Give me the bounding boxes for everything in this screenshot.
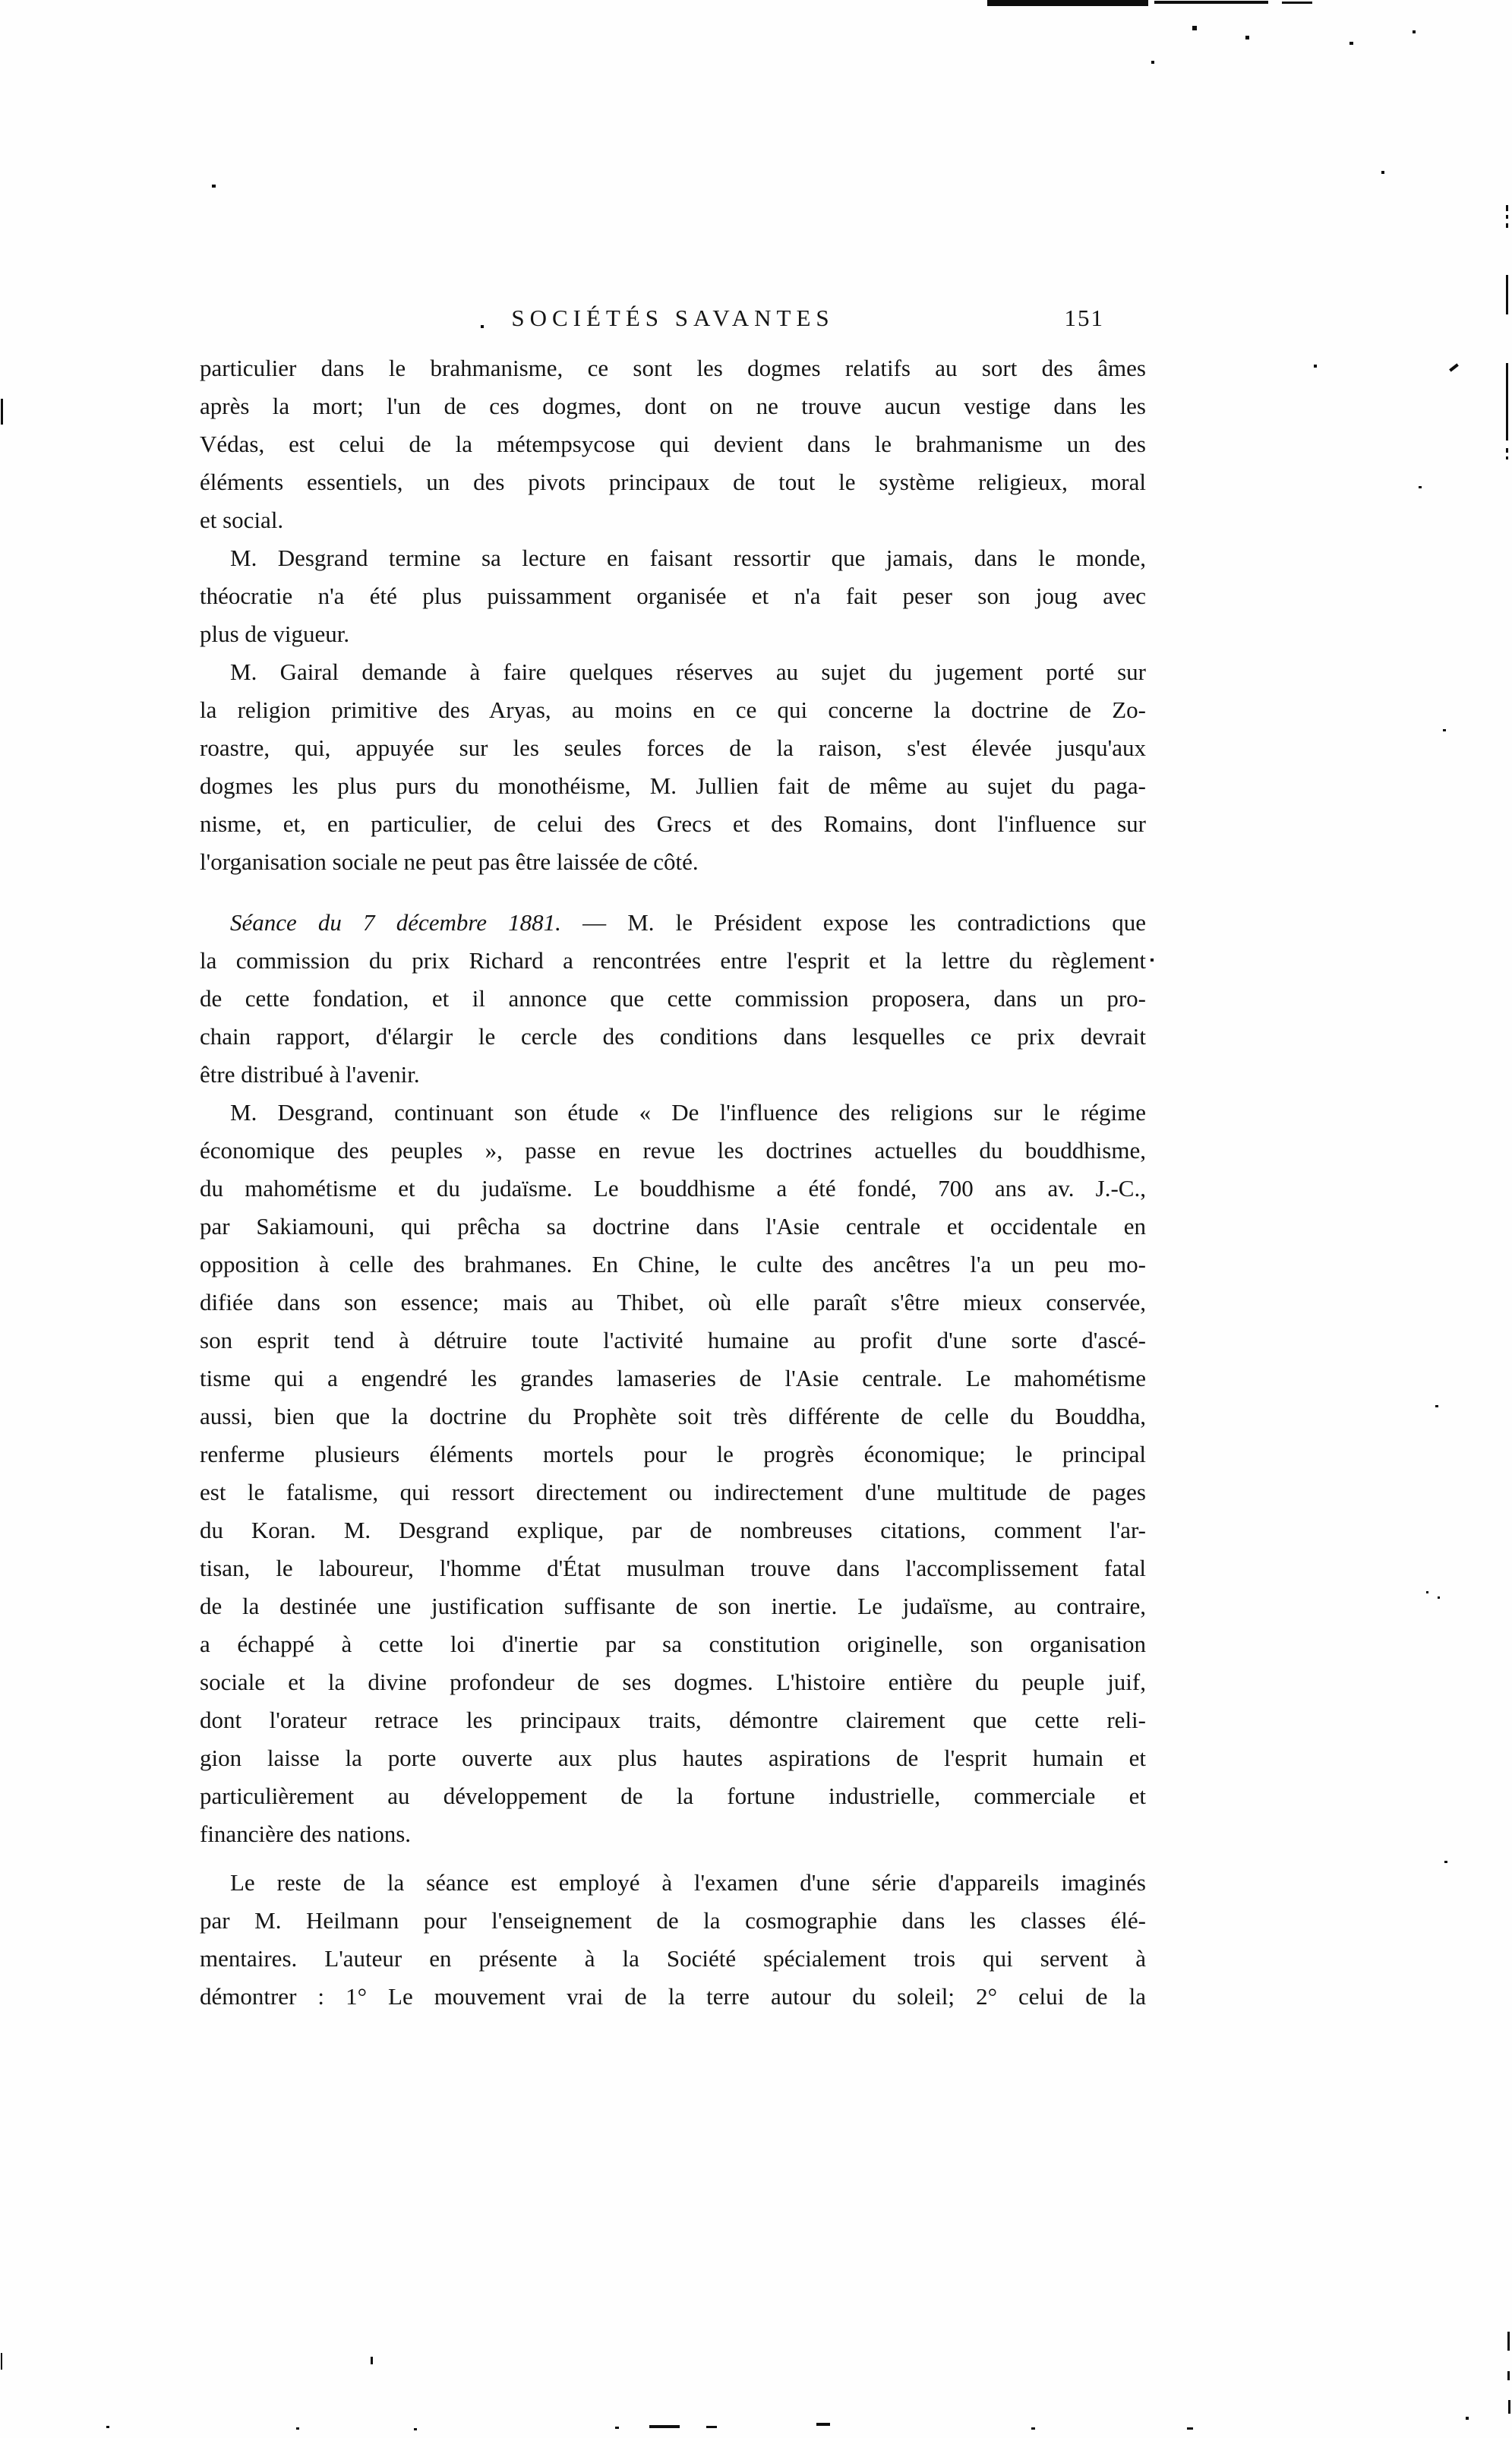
- text-line: opposition à celle des brahmanes. En Chi…: [200, 1246, 1146, 1284]
- text-line: M. Gairal demande à faire quelques réser…: [200, 653, 1146, 691]
- text-line: chain rapport, d'élargir le cercle des c…: [200, 1018, 1146, 1056]
- seance-date-italic: Séance du 7 décembre 1881.: [230, 909, 561, 936]
- text-line: nisme, et, en particulier, de celui des …: [200, 805, 1146, 843]
- text-line: l'organisation sociale ne peut pas être …: [200, 843, 1146, 881]
- text-line: difiée dans son essence; mais au Thibet,…: [200, 1284, 1146, 1322]
- text-line: tisan, le laboureur, l'homme d'État musu…: [200, 1549, 1146, 1587]
- text-line: financière des nations.: [200, 1815, 1146, 1853]
- scan-artifact: [1449, 363, 1459, 371]
- scan-artifact: [1506, 456, 1508, 459]
- text-line: économique des peuples », passe en revue…: [200, 1132, 1146, 1170]
- scan-artifact: [987, 0, 1148, 6]
- paragraph: particulier dans le brahmanisme, ce sont…: [200, 349, 1146, 539]
- scan-artifact: [1435, 1405, 1438, 1407]
- paragraph: M. Desgrand termine sa lecture en faisan…: [200, 539, 1146, 653]
- scan-artifact: [1151, 958, 1154, 962]
- scan-artifact: [1031, 2427, 1035, 2430]
- text-line: dogmes les plus purs du monothéisme, M. …: [200, 767, 1146, 805]
- text-line: théocratie n'a été plus puissamment orga…: [200, 577, 1146, 615]
- text-line: Védas, est celui de la métempsycose qui …: [200, 425, 1146, 463]
- text-line: dont l'orateur retrace les principaux tr…: [200, 1701, 1146, 1739]
- text-line: particulièrement au développement de la …: [200, 1777, 1146, 1815]
- paragraph: Séance du 7 décembre 1881. — M. le Prési…: [200, 904, 1146, 1094]
- scan-artifact: [1151, 61, 1154, 64]
- text-line: mentaires. L'auteur en présente à la Soc…: [200, 1940, 1146, 1978]
- scan-artifact: [1507, 2332, 1510, 2351]
- scan-artifact: [1349, 42, 1353, 45]
- scan-artifact: [1314, 365, 1317, 368]
- scan-artifact: [296, 2427, 299, 2430]
- scan-artifact: [1444, 1861, 1447, 1863]
- scanned-document-page: SOCIÉTÉS SAVANTES 151 particulier dans l…: [0, 0, 1512, 2438]
- text-line: la religion primitive des Aryas, au moin…: [200, 691, 1146, 729]
- scan-artifact: [1426, 1591, 1428, 1593]
- text-line: M. Desgrand termine sa lecture en faisan…: [200, 539, 1146, 577]
- scan-artifact: [1506, 205, 1508, 211]
- scan-artifact: [1506, 215, 1508, 219]
- text-line: aussi, bien que la doctrine du Prophète …: [200, 1397, 1146, 1435]
- text-line: renferme plusieurs éléments mortels pour…: [200, 1435, 1146, 1473]
- text-line: M. Desgrand, continuant son étude « De l…: [200, 1094, 1146, 1132]
- running-title: SOCIÉTÉS SAVANTES: [200, 305, 1146, 332]
- text-line: par Sakiamouni, qui prêcha sa doctrine d…: [200, 1208, 1146, 1246]
- scan-artifact: [1466, 2417, 1469, 2420]
- text-line: du mahométisme et du judaïsme. Le bouddh…: [200, 1170, 1146, 1208]
- scan-artifact: [1419, 486, 1422, 488]
- text-line: du Koran. M. Desgrand explique, par de n…: [200, 1511, 1146, 1549]
- scan-artifact: [1443, 729, 1446, 731]
- text-line: a échappé à cette loi d'inertie par sa c…: [200, 1625, 1146, 1663]
- text-line: Séance du 7 décembre 1881. — M. le Prési…: [200, 904, 1146, 942]
- scan-artifact: [706, 2426, 717, 2428]
- text-line: la commission du prix Richard a rencontr…: [200, 942, 1146, 980]
- scan-artifact: [371, 2357, 373, 2364]
- scan-artifact: [1506, 363, 1508, 441]
- paragraph: Le reste de la séance est employé à l'ex…: [200, 1864, 1146, 2016]
- scan-artifact: [1154, 1, 1268, 4]
- scan-artifact: [1506, 275, 1508, 314]
- text-line: sociale et la divine profondeur de ses d…: [200, 1663, 1146, 1701]
- scan-artifact: [1413, 30, 1416, 33]
- scan-artifact: [481, 325, 484, 328]
- scan-artifact: [615, 2427, 619, 2429]
- scan-artifact: [1192, 26, 1197, 30]
- scan-artifact: [1187, 2427, 1193, 2430]
- text-line: plus de vigueur.: [200, 615, 1146, 653]
- scan-artifact: [1438, 1596, 1440, 1599]
- text-line: être distribué à l'avenir.: [200, 1056, 1146, 1094]
- page-header: SOCIÉTÉS SAVANTES 151: [200, 305, 1146, 339]
- scan-artifact: [649, 2425, 680, 2428]
- scan-artifact: [212, 185, 216, 188]
- page-number: 151: [1065, 305, 1105, 332]
- text-line: son esprit tend à détruire toute l'activ…: [200, 1322, 1146, 1360]
- scan-artifact: [816, 2423, 830, 2426]
- scan-artifact: [1245, 36, 1249, 39]
- text-line: éléments essentiels, un des pivots princ…: [200, 463, 1146, 501]
- paragraph: M. Desgrand, continuant son étude « De l…: [200, 1094, 1146, 1853]
- scan-artifact: [1282, 2, 1312, 4]
- text-line: et social.: [200, 501, 1146, 539]
- scan-artifact: [1506, 223, 1508, 228]
- text-line: gion laisse la porte ouverte aux plus ha…: [200, 1739, 1146, 1777]
- text-line: après la mort; l'un de ces dogmes, dont …: [200, 387, 1146, 425]
- scan-artifact: [106, 2426, 109, 2428]
- paragraph: M. Gairal demande à faire quelques réser…: [200, 653, 1146, 881]
- scan-artifact: [1507, 2371, 1510, 2380]
- text-line: Le reste de la séance est employé à l'ex…: [200, 1864, 1146, 1902]
- scan-artifact: [1508, 2400, 1510, 2414]
- text-line: de la destinée une justification suffisa…: [200, 1587, 1146, 1625]
- text-line: roastre, qui, appuyée sur les seules for…: [200, 729, 1146, 767]
- scan-artifact: [1, 399, 3, 425]
- text-line: de cette fondation, et il annonce que ce…: [200, 980, 1146, 1018]
- text-line: par M. Heilmann pour l'enseignement de l…: [200, 1902, 1146, 1940]
- text-line: particulier dans le brahmanisme, ce sont…: [200, 349, 1146, 387]
- document-body: particulier dans le brahmanisme, ce sont…: [200, 349, 1146, 2016]
- text-line: est le fatalisme, qui ressort directemen…: [200, 1473, 1146, 1511]
- text-line: démontrer : 1° Le mouvement vrai de la t…: [200, 1978, 1146, 2016]
- scan-artifact: [1506, 448, 1508, 453]
- scan-artifact: [414, 2428, 417, 2430]
- text-line: tisme qui a engendré les grandes lamaser…: [200, 1360, 1146, 1397]
- scan-artifact: [1381, 171, 1384, 174]
- scan-artifact: [1, 2353, 2, 2370]
